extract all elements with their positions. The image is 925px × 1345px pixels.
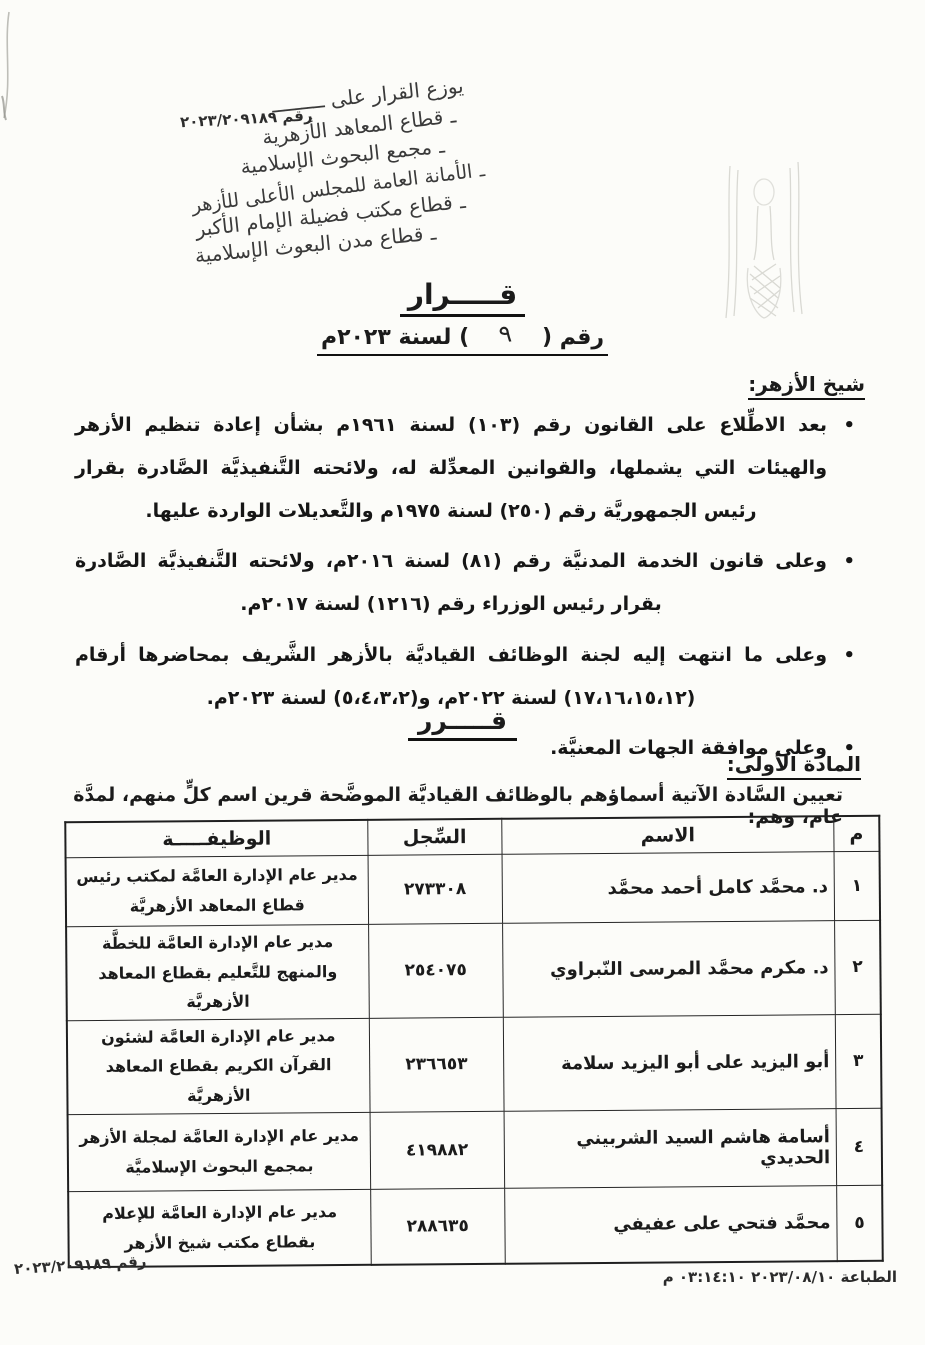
row-name: أبو اليزيد على أبو اليزيد سلامة [503, 1014, 836, 1110]
appointments-table-wrap: م الاسم السِّجل الوظيفـــــة ١ د. محمَّد… [64, 815, 883, 1268]
row-index: ٥ [837, 1185, 883, 1261]
row-position: مدير عام الإدارة العامَّة للخطَّة والمنه… [66, 924, 369, 1020]
preamble-item: • وعلى قانون الخدمة المدنيَّة رقم (٨١) ل… [75, 540, 867, 626]
row-registry: ٢٥٤٠٧٥ [368, 923, 503, 1018]
article-heading-row: المادة الأولى: [727, 752, 861, 776]
dash-icon: ـ [448, 101, 457, 130]
table-row: ٢ د. مكرم محمَّد المرسى النّبراوي ٢٥٤٠٧٥… [66, 920, 881, 1020]
header-position: الوظيفـــــة [65, 820, 368, 858]
print-timestamp: الطباعة ٢٠٢٣/٠٨/١٠ ٠٣:١٤:١٠ م [663, 1268, 897, 1286]
decision-word: قـــــرر [408, 706, 517, 741]
bullet-icon: • [843, 636, 855, 677]
header-index: م [834, 816, 880, 852]
row-index: ٢ [835, 920, 881, 1014]
row-registry: ٤١٩٨٨٢ [370, 1111, 505, 1189]
row-index: ١ [834, 851, 880, 920]
row-position: مدير عام الإدارة العامَّة لمجلة الأزهر ب… [68, 1112, 371, 1191]
preamble-item: • بعد الاطِّلاع على القانون رقم (١٠٣) لس… [75, 404, 867, 532]
dash-icon: ـ [458, 186, 467, 215]
issuer-heading: شيخ الأزهر: [748, 372, 865, 400]
bullet-icon: • [843, 542, 855, 583]
dash-icon: ـ [478, 157, 487, 185]
row-name: د. محمَّد كامل أحمد محمَّد [502, 852, 835, 924]
row-registry: ٢٣٦٦٥٣ [369, 1017, 504, 1112]
scan-corner-artifact-icon [0, 0, 40, 130]
decree-number-line: رقم (٩) لسنة ٢٠٢٣م [317, 322, 608, 356]
scanned-decree-page: يوزع القرار على ـــــــــ ـقطاع المعاهد … [0, 0, 925, 1345]
dash-icon: ـ [437, 131, 446, 160]
decree-number-prefix: رقم ( [542, 325, 604, 350]
preamble-text: بعد الاطِّلاع على القانون رقم (١٠٣) لسنة… [75, 414, 827, 522]
table-row: ٤ أسامة هاشم السيد الشربيني الحديدي ٤١٩٨… [68, 1108, 883, 1191]
decision-word-row: قـــــرر [0, 706, 925, 741]
row-registry: ٢٨٨٦٣٥ [370, 1188, 505, 1265]
decree-title: قـــــرار [400, 278, 525, 317]
preamble-text: وعلى قانون الخدمة المدنيَّة رقم (٨١) لسن… [75, 550, 827, 615]
reference-number-bottom: رقم ٢٠٢٣/٢٠٩١٨٩ [14, 1252, 147, 1278]
table-row: ٣ أبو اليزيد على أبو اليزيد سلامة ٢٣٦٦٥٣… [67, 1014, 882, 1114]
row-registry: ٢٧٣٣٠٨ [368, 854, 503, 924]
dash-icon: ـ [429, 218, 438, 247]
header-name: الاسم [501, 816, 834, 854]
header-registry: السِّجل [368, 819, 502, 856]
row-index: ٣ [835, 1014, 881, 1108]
row-position: مدير عام الإدارة العامَّة لمكتب رئيس قطا… [66, 855, 369, 926]
issuer-heading-row: شيخ الأزهر: [748, 372, 865, 396]
table-row: ٥ محمَّد فتحي على عفيفي ٢٨٨٦٣٥ مدير عام … [68, 1185, 883, 1267]
row-position: مدير عام الإدارة العامَّة لشئون القرآن ا… [67, 1018, 370, 1114]
decree-number-suffix: ) لسنة ٢٠٢٣م [321, 325, 469, 350]
row-name: محمَّد فتحي على عفيفي [504, 1185, 837, 1263]
row-name: أسامة هاشم السيد الشربيني الحديدي [504, 1108, 837, 1188]
preamble-text: وعلى ما انتهت إليه لجنة الوظائف القياديَ… [75, 644, 827, 709]
bullet-icon: • [843, 406, 855, 447]
handwritten-distribution-note: يوزع القرار على ـــــــــ ـقطاع المعاهد … [54, 70, 495, 279]
decree-number-row: رقم (٩) لسنة ٢٠٢٣م [0, 322, 925, 356]
decree-title-row: قـــــرار [0, 278, 925, 317]
row-index: ٤ [836, 1108, 882, 1185]
row-name: د. مكرم محمَّد المرسى النّبراوي [502, 921, 835, 1017]
decree-number-value: ٩ [468, 316, 543, 351]
appointments-table: م الاسم السِّجل الوظيفـــــة ١ د. محمَّد… [64, 815, 883, 1268]
table-row: ١ د. محمَّد كامل أحمد محمَّد ٢٧٣٣٠٨ مدير… [66, 851, 881, 926]
article-heading: المادة الأولى: [727, 752, 861, 780]
